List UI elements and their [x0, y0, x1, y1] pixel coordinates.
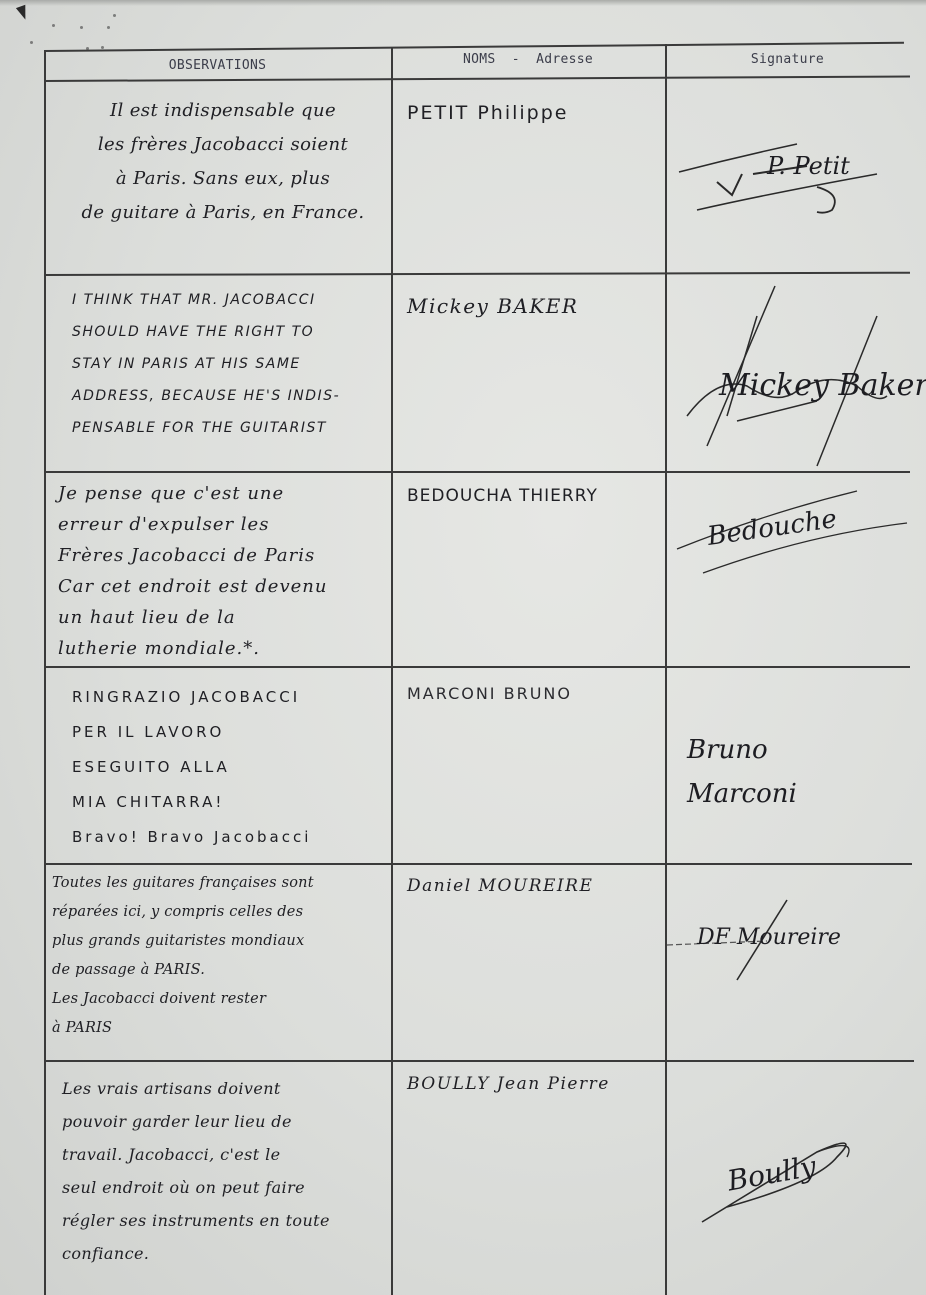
signature-text: DF Moureire	[697, 925, 841, 950]
header-signature: Signature	[665, 52, 910, 67]
name-cell: Daniel MOUREIRE	[393, 864, 665, 896]
speck	[30, 41, 33, 44]
signature-cell: Bedouche	[667, 473, 910, 666]
header-observations: OBSERVATIONS	[44, 58, 391, 73]
speck	[80, 26, 83, 29]
page-top-shadow	[0, 0, 926, 6]
observation-cell: Je pense que c'est une erreur d'expulser…	[50, 474, 395, 664]
name-cell: Mickey BAKER	[393, 282, 665, 318]
observation-cell: I THINK THAT MR. JACOBACCI SHOULD HAVE T…	[64, 280, 394, 470]
signature-text: P. Petit	[767, 152, 850, 180]
observation-cell: Toutes les guitares françaises sont répa…	[44, 865, 394, 1060]
speck	[52, 24, 55, 27]
speck	[107, 26, 110, 29]
observation-cell: Les vrais artisans doivent pouvoir garde…	[54, 1068, 394, 1295]
signature-text: Bruno Marconi	[687, 728, 867, 816]
name-cell: BOULLY Jean Pierre	[393, 1062, 665, 1094]
scanned-petition-page: OBSERVATIONS NOMS - Adresse Signature Il…	[0, 0, 926, 1295]
signature-text: Mickey Baker	[719, 368, 926, 403]
table-top-border	[44, 42, 904, 52]
observation-cell: RINGRAZIO JACOBACCI PER IL LAVORO ESEGUI…	[64, 676, 394, 862]
signature-scribble	[667, 473, 910, 666]
petition-table: OBSERVATIONS NOMS - Adresse Signature Il…	[44, 50, 920, 1295]
signature-cell: Boully	[667, 1062, 910, 1295]
signature-scribble	[667, 865, 910, 1060]
table-left-border	[44, 50, 46, 1295]
speck	[113, 14, 116, 17]
corner-mark	[16, 5, 30, 22]
signature-cell: DF Moureire	[667, 865, 910, 1060]
header-names-address: NOMS - Adresse	[391, 52, 665, 67]
signature-cell: Mickey Baker	[667, 276, 910, 471]
signature-cell: Bruno Marconi	[667, 668, 910, 863]
observation-cell: Il est indispensable que les frères Jaco…	[52, 90, 392, 274]
name-cell: PETIT Philippe	[393, 90, 665, 124]
signature-cell: P. Petit	[667, 82, 910, 274]
name-cell: BEDOUCHA THIERRY	[393, 474, 665, 506]
name-cell: MARCONI BRUNO	[393, 672, 665, 703]
